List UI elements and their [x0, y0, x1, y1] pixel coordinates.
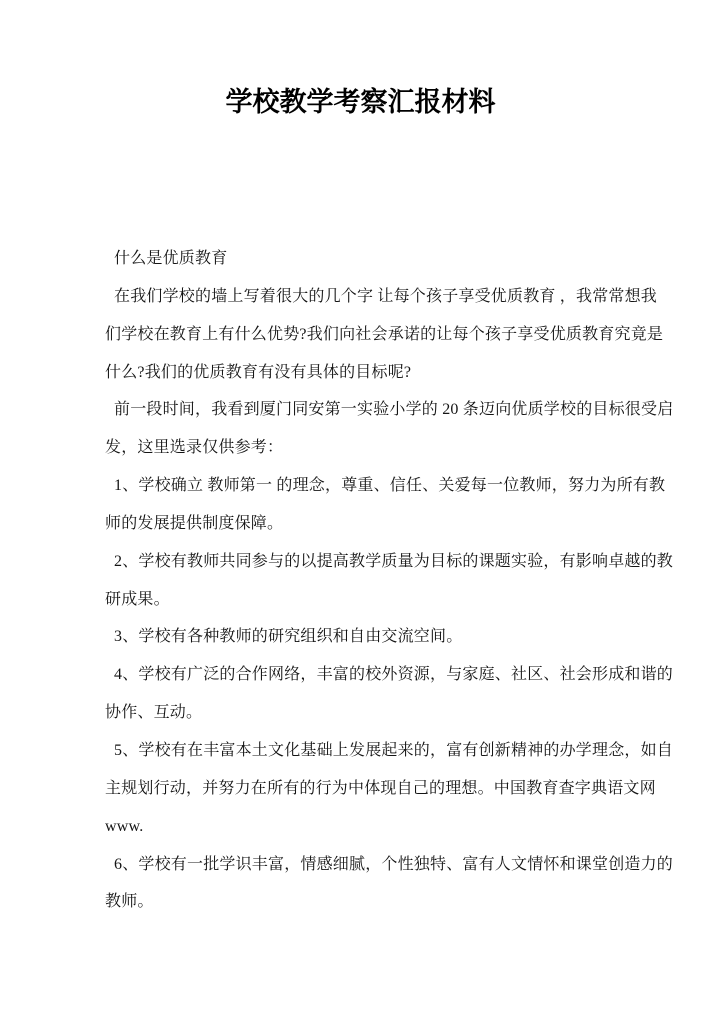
document-body: 什么是优质教育 在我们学校的墙上写着很大的几个字 让每个孩子享受优质教育 ，我常… — [105, 240, 645, 921]
text-line: 们学校在教育上有什么优势?我们向社会承诺的让每个孩子享受优质教育究竟是 — [105, 316, 645, 354]
text-line: 协作、互动。 — [105, 694, 645, 732]
text-line: 什么是优质教育 — [105, 240, 645, 278]
text-line: 3、学校有各种教师的研究组织和自由交流空间。 — [105, 618, 645, 656]
text-line: 前一段时间，我看到厦门同安第一实验小学的 20 条迈向优质学校的目标很受启 — [105, 391, 645, 429]
text-line: 研成果。 — [105, 581, 645, 619]
text-line: 4、学校有广泛的合作网络，丰富的校外资源，与家庭、社区、社会形成和谐的 — [105, 656, 645, 694]
text-line: 什么?我们的优质教育有没有具体的目标呢? — [105, 354, 645, 392]
text-line: www. — [105, 808, 645, 846]
text-line: 5、学校有在丰富本土文化基础上发展起来的，富有创新精神的办学理念，如自 — [105, 732, 645, 770]
document-title: 学校教学考察汇报材料 — [0, 87, 721, 117]
text-line: 6、学校有一批学识丰富，情感细腻，个性独特、富有人文情怀和课堂创造力的 — [105, 846, 645, 884]
text-line: 1、学校确立 教师第一 的理念，尊重、信任、关爱每一位教师，努力为所有教 — [105, 467, 645, 505]
text-line: 教师。 — [105, 883, 645, 921]
document-page: 学校教学考察汇报材料 什么是优质教育 在我们学校的墙上写着很大的几个字 让每个孩… — [0, 0, 721, 1020]
text-line: 师的发展提供制度保障。 — [105, 505, 645, 543]
text-line: 主规划行动，并努力在所有的行为中体现自己的理想。中国教育查字典语文网 — [105, 770, 645, 808]
text-line: 发，这里选录仅供参考： — [105, 429, 645, 467]
text-line: 在我们学校的墙上写着很大的几个字 让每个孩子享受优质教育 ，我常常想我 — [105, 278, 645, 316]
text-line: 2、学校有教师共同参与的以提高教学质量为目标的课题实验，有影响卓越的教 — [105, 543, 645, 581]
